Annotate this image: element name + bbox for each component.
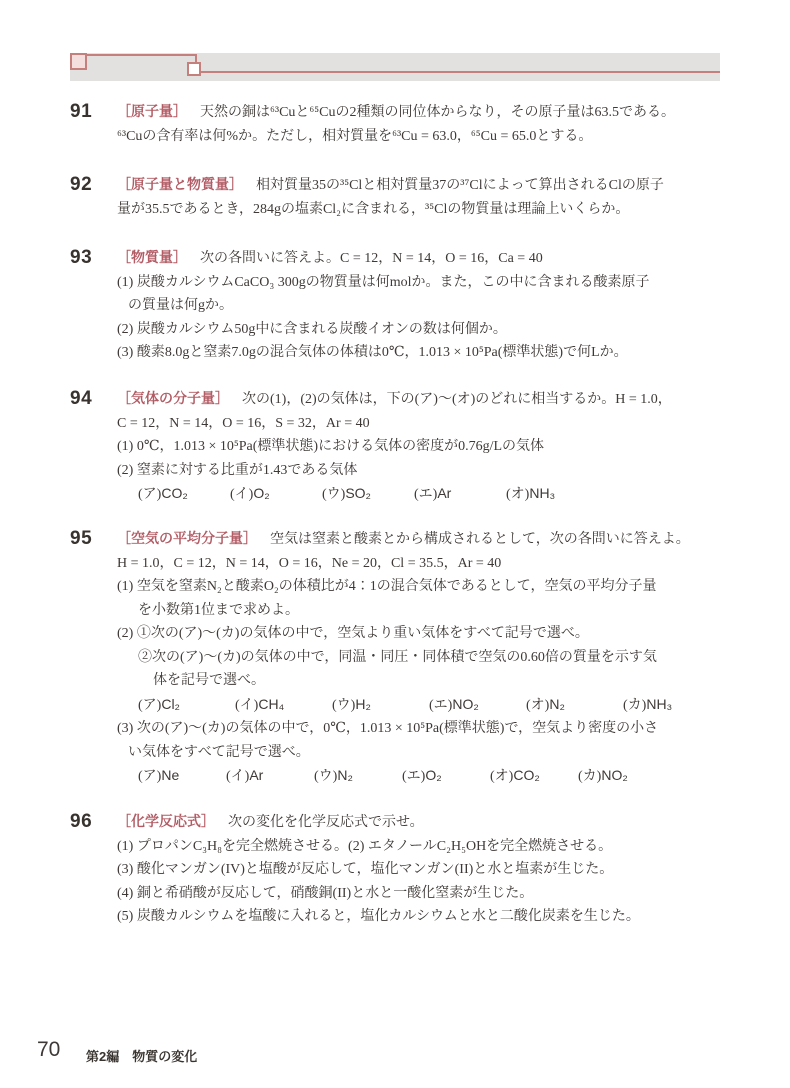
option-item: (ア)Ne xyxy=(138,764,226,789)
problem-line: (4) 銅と希硝酸が反応して，硝酸銅(II)と水と一酸化窒素が生じた。 xyxy=(117,882,757,906)
problem-line: (2) 窒素に対する比重が1.43である気体 xyxy=(117,459,757,483)
option-item: (カ)NO₂ xyxy=(578,764,666,789)
header-gray-bar xyxy=(70,53,720,81)
options-row: (ア)Cl₂(イ)CH₄(ウ)H₂(エ)NO₂(オ)N₂(カ)NH₃ xyxy=(117,693,757,718)
problem-first-line: ［気体の分子量］次の(1)，(2)の気体は，下の(ア)～(オ)のどれに相当するか… xyxy=(117,387,757,412)
problem-intro-text: 天然の銅は⁶³Cuと⁶⁵Cuの2種類の同位体からなり，その原子量は63.5である… xyxy=(200,105,675,120)
option-formula: CO₂ xyxy=(161,485,187,501)
option-formula: NO₂ xyxy=(452,696,478,712)
option-label: (オ) xyxy=(506,487,529,502)
problem-topic-tag: ［物質量］ xyxy=(117,249,187,265)
problem-block: 96 ［化学反応式］次の変化を化学反応式で示せ。(1) プロパンC₃H₈を完全燃… xyxy=(0,810,790,929)
option-formula: Ar xyxy=(249,767,263,783)
option-label: (ア) xyxy=(138,769,161,784)
problem-number: 95 xyxy=(70,527,92,551)
problem-intro-text: 次の変化を化学反応式で示せ。 xyxy=(228,815,424,830)
option-formula: H₂ xyxy=(355,696,371,712)
option-formula: O₂ xyxy=(425,767,441,783)
problem-line: (1) 0℃，1.013 × 10⁵Pa(標準状態)における気体の密度が0.76… xyxy=(117,435,757,459)
problem-body: ［原子量と物質量］相対質量35の³⁵Clと相対質量37の³⁷Clによって算出され… xyxy=(117,173,757,221)
option-formula: NH₃ xyxy=(646,696,672,712)
problem-number: 96 xyxy=(70,810,92,834)
option-item: (オ)NH₃ xyxy=(506,482,598,507)
problem-line: を小数第1位まで求めよ。 xyxy=(117,599,757,623)
problem-topic-tag: ［気体の分子量］ xyxy=(117,390,229,406)
header-rule-top-segment xyxy=(84,54,197,56)
header-rule-bottom-segment xyxy=(195,71,720,73)
problem-first-line: ［空気の平均分子量］空気は窒素と酸素とから構成されるとして，次の各問いに答えよ。 xyxy=(117,527,757,552)
option-item: (ウ)SO₂ xyxy=(322,482,414,507)
option-label: (カ) xyxy=(578,769,601,784)
option-item: (イ)CH₄ xyxy=(235,693,332,718)
problem-intro-text: 次の(1)，(2)の気体は，下の(ア)～(オ)のどれに相当するか。H = 1.0… xyxy=(242,392,672,407)
problem-line: (3) 次の(ア)～(カ)の気体の中で，0℃，1.013 × 10⁵Pa(標準状… xyxy=(117,717,757,741)
problem-body: ［気体の分子量］次の(1)，(2)の気体は，下の(ア)～(オ)のどれに相当するか… xyxy=(117,387,757,507)
problem-topic-tag: ［原子量と物質量］ xyxy=(117,176,243,192)
option-item: (イ)O₂ xyxy=(230,482,322,507)
problem-block: 93 ［物質量］次の各問いに答えよ。C = 12，N = 14，O = 16，C… xyxy=(0,246,790,365)
options-row: (ア)CO₂(イ)O₂(ウ)SO₂(エ)Ar(オ)NH₃ xyxy=(117,482,757,507)
problem-body: ［物質量］次の各問いに答えよ。C = 12，N = 14，O = 16，Ca =… xyxy=(117,246,757,365)
option-item: (イ)Ar xyxy=(226,764,314,789)
option-label: (ウ) xyxy=(322,487,345,502)
problem-line: (2) 炭酸カルシウム50g中に含まれる炭酸イオンの数は何個か。 xyxy=(117,318,757,342)
problem-block: 94 ［気体の分子量］次の(1)，(2)の気体は，下の(ア)～(オ)のどれに相当… xyxy=(0,387,790,507)
problem-first-line: ［原子量］天然の銅は⁶³Cuと⁶⁵Cuの2種類の同位体からなり，その原子量は63… xyxy=(117,100,757,125)
option-label: (エ) xyxy=(414,487,437,502)
option-item: (カ)NH₃ xyxy=(623,693,720,718)
problem-number: 91 xyxy=(70,100,92,124)
option-label: (オ) xyxy=(490,769,513,784)
option-label: (ア) xyxy=(138,487,161,502)
option-item: (エ)Ar xyxy=(414,482,506,507)
problem-line: H = 1.0，C = 12，N = 14，O = 16，Ne = 20，Cl … xyxy=(117,552,757,576)
footer-section-title: 第2編 物質の変化 xyxy=(86,1046,197,1065)
problem-line: C = 12，N = 14，O = 16，S = 32，Ar = 40 xyxy=(117,412,757,436)
problem-line: (1) プロパンC₃H₈を完全燃焼させる。(2) エタノールC₂H₅OHを完全燃… xyxy=(117,835,757,859)
problem-number: 92 xyxy=(70,173,92,197)
problem-body: ［化学反応式］次の変化を化学反応式で示せ。(1) プロパンC₃H₈を完全燃焼させ… xyxy=(117,810,757,929)
option-item: (オ)CO₂ xyxy=(490,764,578,789)
option-label: (カ) xyxy=(623,698,646,713)
option-label: (イ) xyxy=(226,769,249,784)
problem-number: 94 xyxy=(70,387,92,411)
option-formula: Ar xyxy=(437,485,451,501)
option-item: (ア)Cl₂ xyxy=(138,693,235,718)
header-white-square xyxy=(187,62,201,76)
problem-number: 93 xyxy=(70,246,92,270)
problem-line: い気体をすべて記号で選べ。 xyxy=(117,741,757,765)
problem-block: 92 ［原子量と物質量］相対質量35の³⁵Clと相対質量37の³⁷Clによって算… xyxy=(0,173,790,221)
header-pink-square xyxy=(70,53,87,70)
option-formula: NH₃ xyxy=(529,485,555,501)
problem-intro-text: 次の各問いに答えよ。C = 12，N = 14，O = 16，Ca = 40 xyxy=(200,251,543,266)
option-formula: N₂ xyxy=(337,767,353,783)
problem-first-line: ［原子量と物質量］相対質量35の³⁵Clと相対質量37の³⁷Clによって算出され… xyxy=(117,173,757,198)
option-formula: Ne xyxy=(161,767,179,783)
problem-line: (1) 空気を窒素N₂と酸素O₂の体積比が4：1の混合気体であるとして，空気の平… xyxy=(117,575,757,599)
problem-line: 量が35.5であるとき，284gの塩素Cl₂に含まれる，³⁵Clの物質量は理論上… xyxy=(117,198,757,222)
option-formula: NO₂ xyxy=(601,767,627,783)
options-row: (ア)Ne(イ)Ar(ウ)N₂(エ)O₂(オ)CO₂(カ)NO₂ xyxy=(117,764,757,789)
problem-intro-text: 相対質量35の³⁵Clと相対質量37の³⁷Clによって算出されるClの原子 xyxy=(256,178,664,193)
option-formula: CO₂ xyxy=(513,767,539,783)
option-label: (エ) xyxy=(429,698,452,713)
option-label: (ア) xyxy=(138,698,161,713)
option-label: (エ) xyxy=(402,769,425,784)
problem-line: ②次の(ア)～(カ)の気体の中で，同温・同圧・同体積で空気の0.60倍の質量を示… xyxy=(117,646,757,670)
problem-line: 体を記号で選べ。 xyxy=(117,669,757,693)
option-item: (ア)CO₂ xyxy=(138,482,230,507)
problem-topic-tag: ［空気の平均分子量］ xyxy=(117,530,257,546)
option-item: (エ)NO₂ xyxy=(429,693,526,718)
problem-first-line: ［化学反応式］次の変化を化学反応式で示せ。 xyxy=(117,810,757,835)
option-formula: Cl₂ xyxy=(161,696,180,712)
option-item: (ウ)N₂ xyxy=(314,764,402,789)
problem-line: ⁶³Cuの含有率は何%か。ただし，相対質量を⁶³Cu = 63.0，⁶⁵Cu =… xyxy=(117,125,757,149)
option-formula: O₂ xyxy=(253,485,269,501)
option-formula: SO₂ xyxy=(345,485,371,501)
problem-topic-tag: ［化学反応式］ xyxy=(117,813,215,829)
page-number: 70 xyxy=(37,1038,60,1062)
problem-block: 95 ［空気の平均分子量］空気は窒素と酸素とから構成されるとして，次の各問いに答… xyxy=(0,527,790,789)
problem-block: 91 ［原子量］天然の銅は⁶³Cuと⁶⁵Cuの2種類の同位体からなり，その原子量… xyxy=(0,100,790,148)
option-formula: CH₄ xyxy=(258,696,284,712)
problem-body: ［空気の平均分子量］空気は窒素と酸素とから構成されるとして，次の各問いに答えよ。… xyxy=(117,527,757,789)
option-formula: N₂ xyxy=(549,696,565,712)
problem-topic-tag: ［原子量］ xyxy=(117,103,187,119)
option-label: (ウ) xyxy=(332,698,355,713)
problem-line: (5) 炭酸カルシウムを塩酸に入れると，塩化カルシウムと水と二酸化炭素を生じた。 xyxy=(117,905,757,929)
line-segment: (2) エタノールC₂H₅OHを完全燃焼させる。 xyxy=(348,839,612,854)
option-label: (ウ) xyxy=(314,769,337,784)
option-item: (ウ)H₂ xyxy=(332,693,429,718)
problem-intro-text: 空気は窒素と酸素とから構成されるとして，次の各問いに答えよ。 xyxy=(270,532,690,547)
textbook-page: 91 ［原子量］天然の銅は⁶³Cuと⁶⁵Cuの2種類の同位体からなり，その原子量… xyxy=(0,0,790,1088)
option-label: (オ) xyxy=(526,698,549,713)
problem-line: の質量は何gか。 xyxy=(117,294,757,318)
option-label: (イ) xyxy=(235,698,258,713)
problem-line: (3) 酸素8.0gと窒素7.0gの混合気体の体積は0℃，1.013 × 10⁵… xyxy=(117,341,757,365)
line-segment: (1) プロパンC₃H₈を完全燃焼させる。 xyxy=(117,835,348,859)
problem-line: (1) 炭酸カルシウムCaCO₃ 300gの物質量は何molか。また，この中に含… xyxy=(117,271,757,295)
option-item: (オ)N₂ xyxy=(526,693,623,718)
option-item: (エ)O₂ xyxy=(402,764,490,789)
problem-first-line: ［物質量］次の各問いに答えよ。C = 12，N = 14，O = 16，Ca =… xyxy=(117,246,757,271)
problem-body: ［原子量］天然の銅は⁶³Cuと⁶⁵Cuの2種類の同位体からなり，その原子量は63… xyxy=(117,100,757,148)
option-label: (イ) xyxy=(230,487,253,502)
problem-line: (2) ①次の(ア)～(カ)の気体の中で，空気より重い気体をすべて記号で選べ。 xyxy=(117,622,757,646)
problem-line: (3) 酸化マンガン(IV)と塩酸が反応して，塩化マンガン(II)と水と塩素が生… xyxy=(117,858,757,882)
